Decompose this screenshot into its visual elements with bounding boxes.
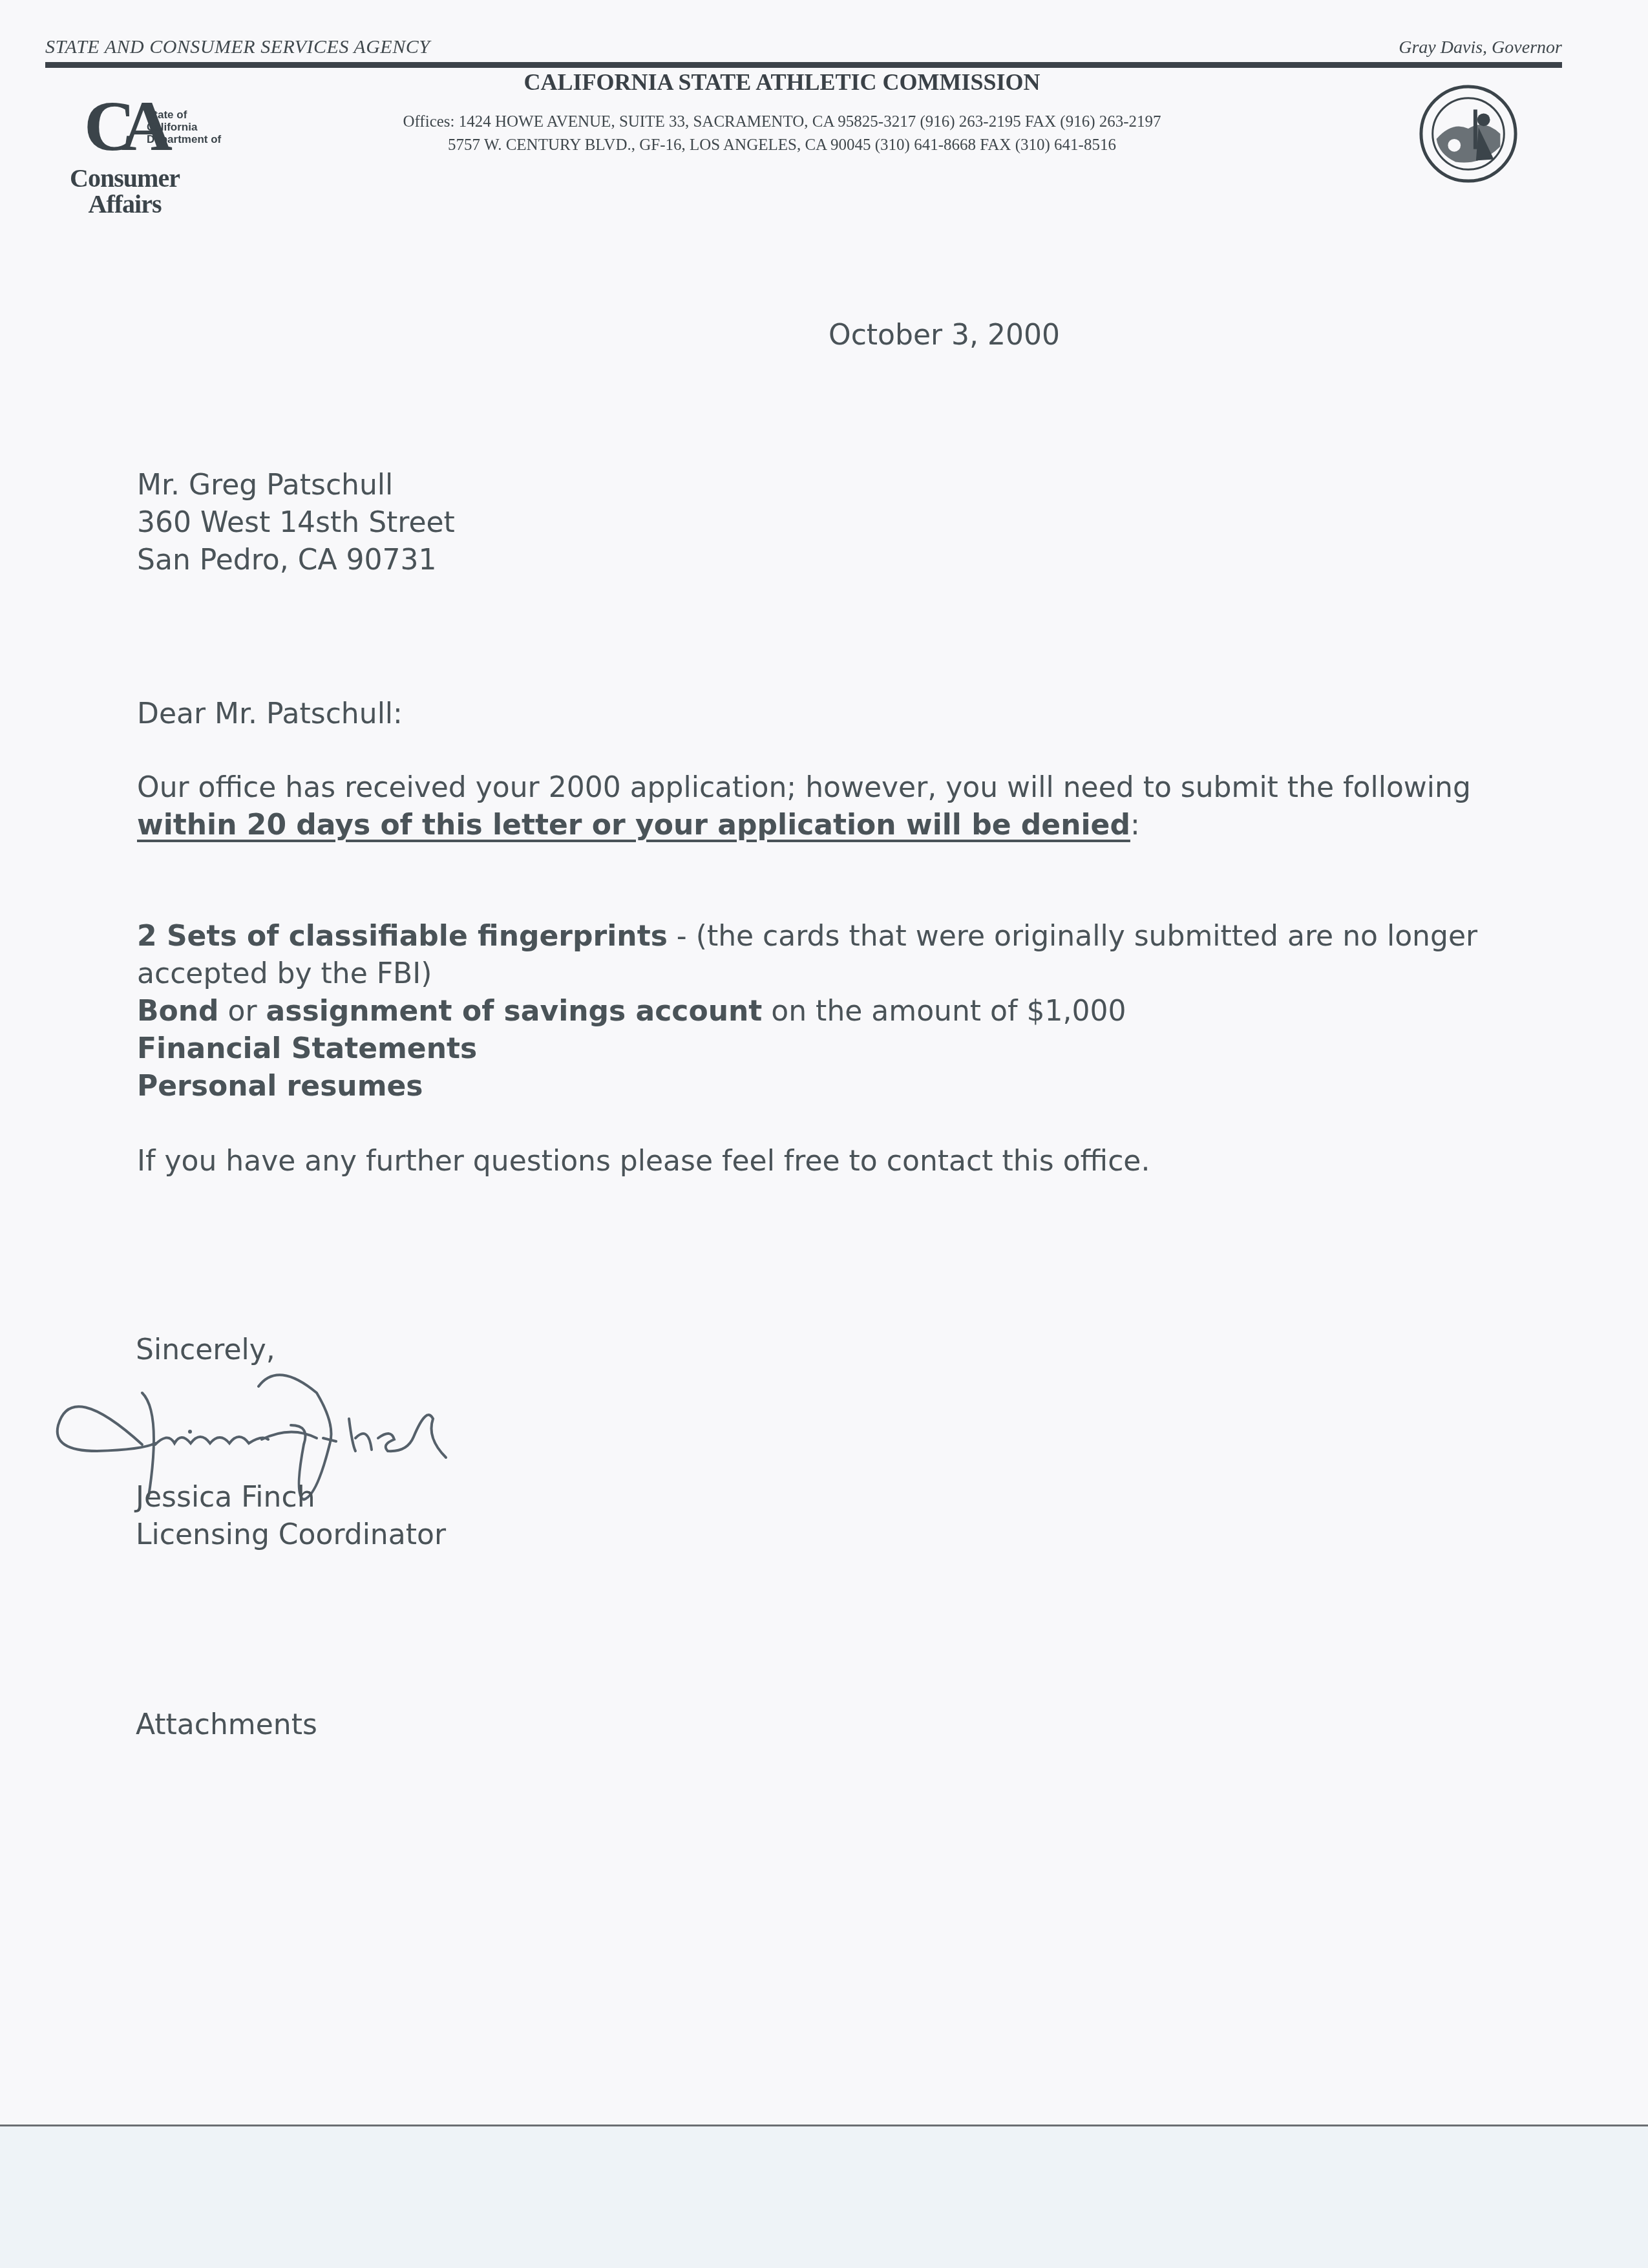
- enclosure-note: Attachments: [136, 1706, 317, 1744]
- recipient-name: Mr. Greg Patschull: [137, 467, 455, 504]
- salutation: Dear Mr. Patschull:: [137, 695, 403, 733]
- header-rule: [45, 62, 1562, 68]
- signer-title: Licensing Coordinator: [136, 1516, 446, 1554]
- state-seal-icon: [1417, 83, 1519, 185]
- governor-name: Gray Davis, Governor: [1399, 37, 1562, 58]
- logo-dept-text: State of California Department of: [147, 109, 221, 145]
- complimentary-close: Sincerely,: [136, 1331, 275, 1369]
- consumer-affairs-logo: CA State of California Department of Con…: [58, 90, 226, 233]
- letter-date: October 3, 2000: [829, 317, 1060, 354]
- signer-name: Jessica Finch: [136, 1479, 446, 1516]
- requirement-financial-statements: Financial Statements: [137, 1030, 1477, 1068]
- agency-name: STATE AND CONSUMER SERVICES AGENCY: [45, 36, 430, 58]
- intro-paragraph: Our office has received your 2000 applic…: [137, 769, 1471, 844]
- commission-title: CALIFORNIA STATE ATHLETIC COMMISSION: [0, 69, 1564, 96]
- recipient-city: San Pedro, CA 90731: [137, 542, 455, 579]
- office-address-sacramento: Offices: 1424 HOWE AVENUE, SUITE 33, SAC…: [0, 113, 1564, 131]
- deadline-notice: within 20 days of this letter or your ap…: [137, 809, 1130, 842]
- closing-paragraph: If you have any further questions please…: [137, 1143, 1150, 1180]
- requirements-list: 2 Sets of classifiable fingerprints - (t…: [137, 918, 1477, 1105]
- letter-page: STATE AND CONSUMER SERVICES AGENCY Gray …: [0, 0, 1648, 2126]
- recipient-street: 360 West 14sth Street: [137, 504, 455, 542]
- requirement-fingerprints: 2 Sets of classifiable fingerprints - (t…: [137, 918, 1477, 955]
- signer-block: Jessica Finch Licensing Coordinator: [136, 1479, 446, 1554]
- logo-name-text: Consumer Affairs: [57, 165, 193, 217]
- requirement-bond: Bond or assignment of savings account on…: [137, 993, 1477, 1030]
- recipient-address: Mr. Greg Patschull 360 West 14sth Street…: [137, 467, 455, 579]
- requirement-resumes: Personal resumes: [137, 1068, 1477, 1105]
- office-address-los-angeles: 5757 W. CENTURY BLVD., GF-16, LOS ANGELE…: [0, 136, 1564, 154]
